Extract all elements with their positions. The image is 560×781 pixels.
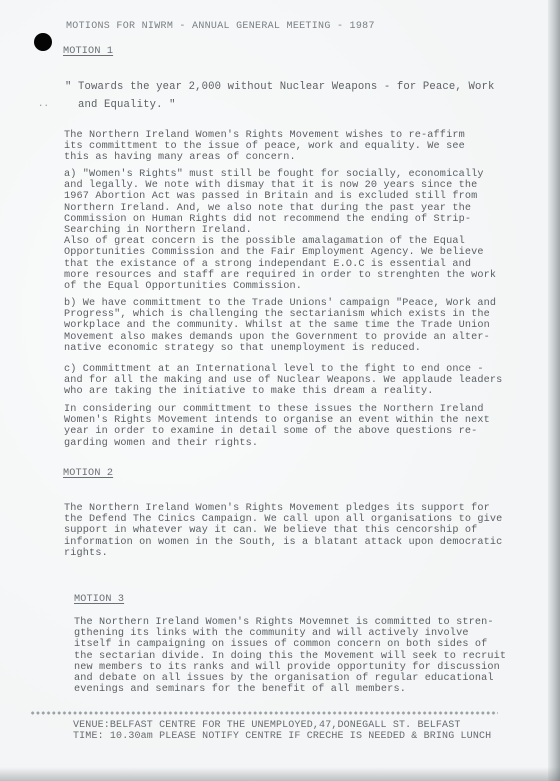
motion-3-heading: MOTION 3 xyxy=(74,594,124,605)
text-line: rights. xyxy=(64,548,502,559)
text-line: new members to its ranks and will provid… xyxy=(74,662,506,673)
motion-1-heading: MOTION 1 xyxy=(63,46,113,57)
text-line: support in whatever way it can. We belie… xyxy=(64,525,502,536)
text-line: gthening its links with the community an… xyxy=(74,628,506,639)
text-line: more resources and staff are required in… xyxy=(64,270,496,281)
margin-marks: .. xyxy=(38,99,49,110)
motion-2-body: The Northern Ireland Women's Rights Move… xyxy=(64,503,502,559)
motion-1-point-a: a) "Women's Rights" must still be fought… xyxy=(64,169,496,292)
text-line: who are taking the initiative to make th… xyxy=(64,386,502,397)
text-line: the sectarian divide. In doing this the … xyxy=(74,651,506,662)
text-line: Progress", which is challenging the sect… xyxy=(64,309,496,320)
text-line: information on women in the South, is a … xyxy=(64,537,502,548)
footer-time: TIME: 10.30am PLEASE NOTIFY CENTRE IF CR… xyxy=(73,732,491,743)
text-line: Commission on Human Rights did not recom… xyxy=(64,214,496,225)
text-line: 1967 Abortion Act was passed in Britain … xyxy=(64,191,496,202)
text-line: native economic strategy so that unemplo… xyxy=(64,343,496,354)
text-line: Searching in Northern Ireland. xyxy=(64,225,496,236)
page-shadow xyxy=(0,767,560,781)
text-line: of the Equal Opportunities Commission. xyxy=(64,281,496,292)
text-line: this as having many areas of concern. xyxy=(64,152,465,163)
document-page: MOTIONS FOR NIWRM - ANNUAL GENERAL MEETI… xyxy=(0,0,548,781)
text-line: and debate on all issues by the organisa… xyxy=(74,673,506,684)
motion-1-intro: The Northern Ireland Women's Rights Move… xyxy=(64,130,465,164)
text-line: Women's Rights Movement intends to organ… xyxy=(64,415,490,426)
text-line: Northern Ireland. And, we also note that… xyxy=(64,203,496,214)
punch-hole xyxy=(34,33,52,51)
motion-1-point-b: b) We have committment to the Trade Unio… xyxy=(64,298,496,354)
text-line: The Northern Ireland Women's Rights Move… xyxy=(64,130,465,141)
motion-2-heading: MOTION 2 xyxy=(63,468,113,479)
text-line: Movement also makes demands upon the Gov… xyxy=(64,332,496,343)
text-line: c) Committment at an International level… xyxy=(64,364,502,375)
text-line: In considering our committment to these … xyxy=(64,404,490,415)
motion-1-quote-line-2: and Equality. " xyxy=(78,96,176,115)
text-line: and legally. We note with dismay that it… xyxy=(64,180,496,191)
document-title: MOTIONS FOR NIWRM - ANNUAL GENERAL MEETI… xyxy=(66,21,375,32)
motion-1-closing: In considering our committment to these … xyxy=(64,404,490,449)
text-line: the Defend The Cinics Campaign. We call … xyxy=(64,514,502,525)
text-line: Opportunities Commission and the Fair Em… xyxy=(64,247,496,258)
text-line: b) We have committment to the Trade Unio… xyxy=(64,298,496,309)
text-line: garding women and their rights. xyxy=(64,438,490,449)
text-line: a) "Women's Rights" must still be fought… xyxy=(64,169,496,180)
motion-1-point-c: c) Committment at an International level… xyxy=(64,364,502,398)
text-line: The Northern Ireland Women's Rights Move… xyxy=(74,617,506,628)
text-line: that the existance of a strong independa… xyxy=(64,259,496,270)
text-line: its committment to the issue of peace, w… xyxy=(64,141,465,152)
page-edge xyxy=(548,0,560,781)
text-line: evenings and seminars for the benefit of… xyxy=(74,684,506,695)
text-line: Also of great concern is the possible am… xyxy=(64,236,496,247)
text-line: year in order to examine in detail some … xyxy=(64,426,490,437)
footer-venue: VENUE:BELFAST CENTRE FOR THE UNEMPLOYED,… xyxy=(73,721,461,732)
dotted-divider xyxy=(30,710,498,716)
text-line: workplace and the community. Whilst at t… xyxy=(64,320,496,331)
text-line: The Northern Ireland Women's Rights Move… xyxy=(64,503,502,514)
motion-1-quote-line-1: " Towards the year 2,000 without Nuclear… xyxy=(65,78,494,97)
text-line: and for all the making and use of Nuclea… xyxy=(64,375,502,386)
text-line: itself in campaigning on issues of commo… xyxy=(74,639,506,650)
motion-3-body: The Northern Ireland Women's Rights Move… xyxy=(74,617,506,695)
